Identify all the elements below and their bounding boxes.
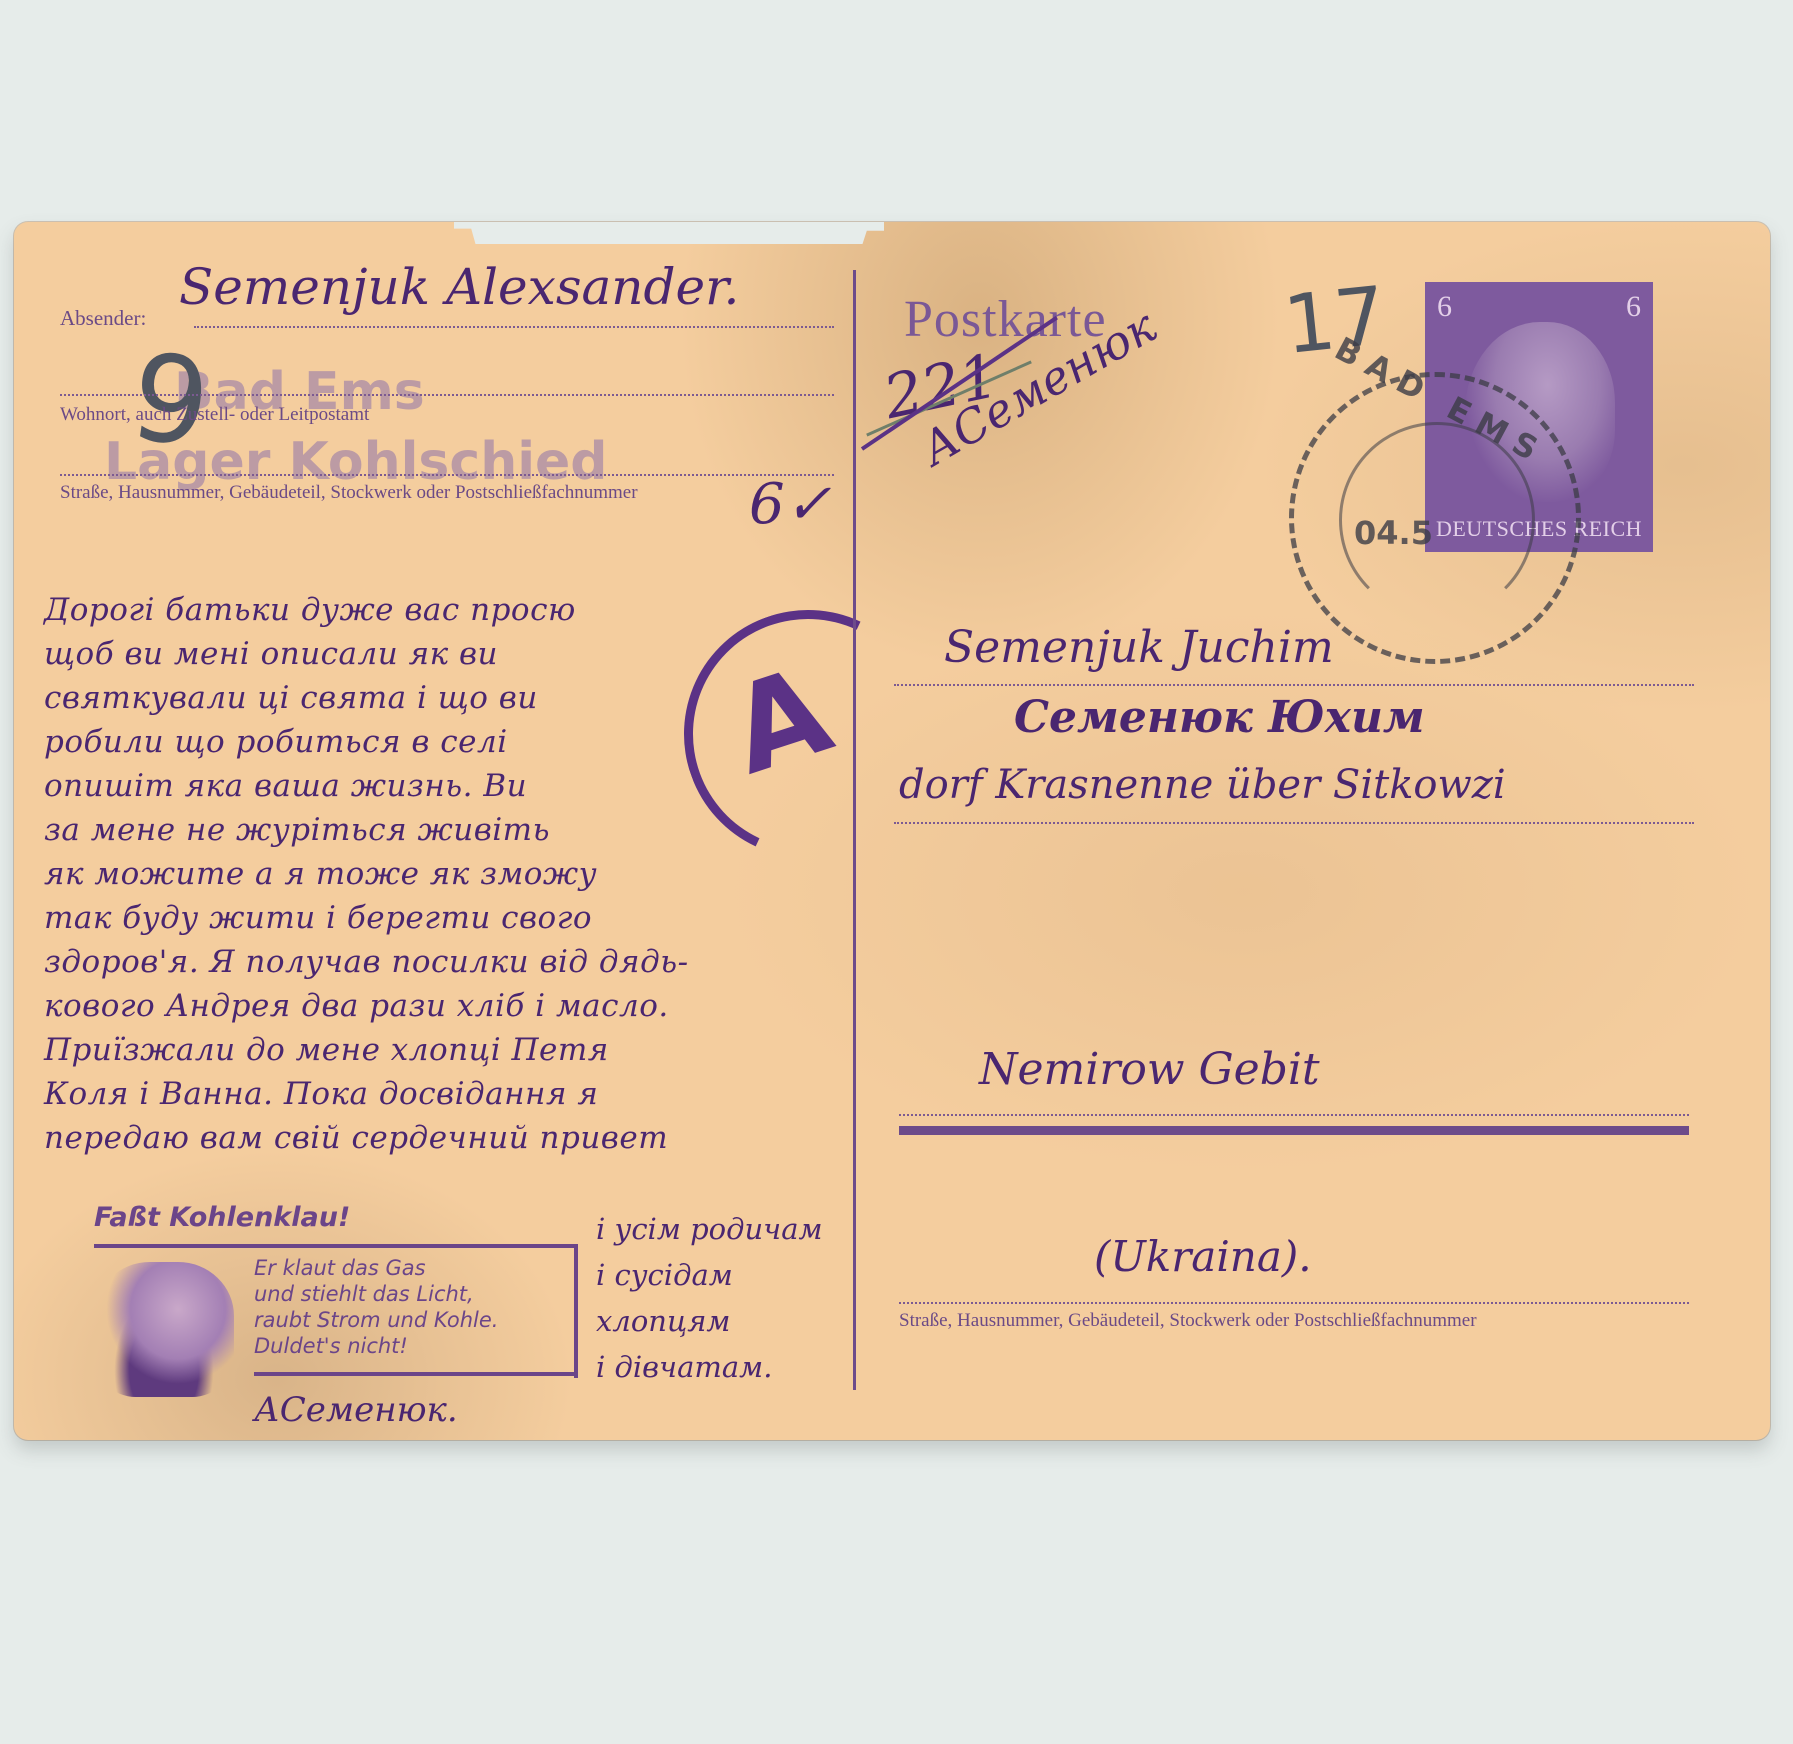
vertical-divider	[853, 270, 856, 1390]
letter-line: за мене не журіться живіть	[44, 812, 550, 848]
residence-label: Wohnort, auch Zustell- oder Leitpostamt	[60, 404, 369, 426]
street-line	[60, 474, 834, 476]
letter-line: як можите а я тоже як зможу	[44, 856, 597, 892]
torn-edge	[454, 222, 884, 244]
recipient-line-1	[894, 684, 1694, 686]
letter-signature: АСеменюк.	[254, 1390, 458, 1430]
postscript-line: і сусідам	[596, 1258, 733, 1292]
letter-line: так буду жити і берегти свого	[44, 900, 592, 936]
recipient-name-latin: Semenjuk Juchim	[944, 622, 1334, 673]
letter-line: здоров'я. Я получав посилки від дядь-	[44, 944, 689, 980]
advert-box-bottom	[254, 1372, 578, 1376]
letter-line: кового Андрея два рази хліб і масло.	[44, 988, 669, 1024]
residence-line	[60, 394, 834, 396]
advert-line: Er klaut das Gas	[254, 1256, 426, 1280]
postscript-line: хлопцям	[596, 1304, 730, 1338]
check-mark: 6✓	[749, 472, 832, 537]
postmark-date: 04.5	[1354, 514, 1433, 552]
sender-name-line	[194, 326, 834, 328]
recipient-village: dorf Krasnenne über Sitkowzi	[899, 762, 1506, 808]
sender-name: Semenjuk Alexsander.	[179, 258, 739, 316]
coal-thief-icon	[94, 1262, 234, 1397]
sender-label: Absender:	[60, 306, 146, 331]
letter-line: робили що робиться в селі	[44, 724, 508, 760]
recipient-line-3	[899, 1114, 1689, 1116]
recipient-line-4	[899, 1302, 1689, 1304]
recipient-street-label: Straße, Hausnummer, Gebäudeteil, Stockwe…	[899, 1310, 1477, 1332]
letter-line: Коля і Ванна. Пока досвідання я	[44, 1076, 598, 1112]
letter-line: щоб ви мені описали як ви	[44, 636, 498, 672]
advert-line: Duldet's nicht!	[254, 1334, 408, 1358]
recipient-name-cyrillic: Семенюк Юхим	[1014, 692, 1425, 743]
postcard: Absender: Semenjuk Alexsander. Bad Ems 9…	[14, 222, 1770, 1440]
postscript-line: і дівчатам.	[596, 1350, 772, 1384]
street-label: Straße, Hausnummer, Gebäudeteil, Stockwe…	[60, 482, 638, 504]
letter-line: святкували ці свята і що ви	[44, 680, 538, 716]
address-underline	[899, 1126, 1689, 1135]
recipient-line-2	[894, 822, 1694, 824]
advert-line: raubt Strom und Kohle.	[254, 1308, 498, 1332]
letter-line: Приїзжали до мене хлопці Петя	[44, 1032, 609, 1068]
stamp-value-left: 6	[1437, 290, 1452, 324]
letter-line: Дорогі батьки дуже вас просю	[44, 592, 576, 628]
advert-line: und stiehlt das Licht,	[254, 1282, 474, 1306]
advert-title: Faßt Kohlenklau!	[94, 1202, 350, 1233]
recipient-region: Nemirow Gebit	[979, 1044, 1320, 1095]
stamp-value-right: 6	[1626, 290, 1641, 324]
letter-line: опишіт яка ваша жизнь. Ви	[44, 768, 527, 804]
postscript-line: і усім родичам	[596, 1212, 823, 1246]
recipient-country: (Ukraina).	[1094, 1232, 1312, 1281]
letter-line: передаю вам свій сердечний привет	[44, 1120, 668, 1156]
